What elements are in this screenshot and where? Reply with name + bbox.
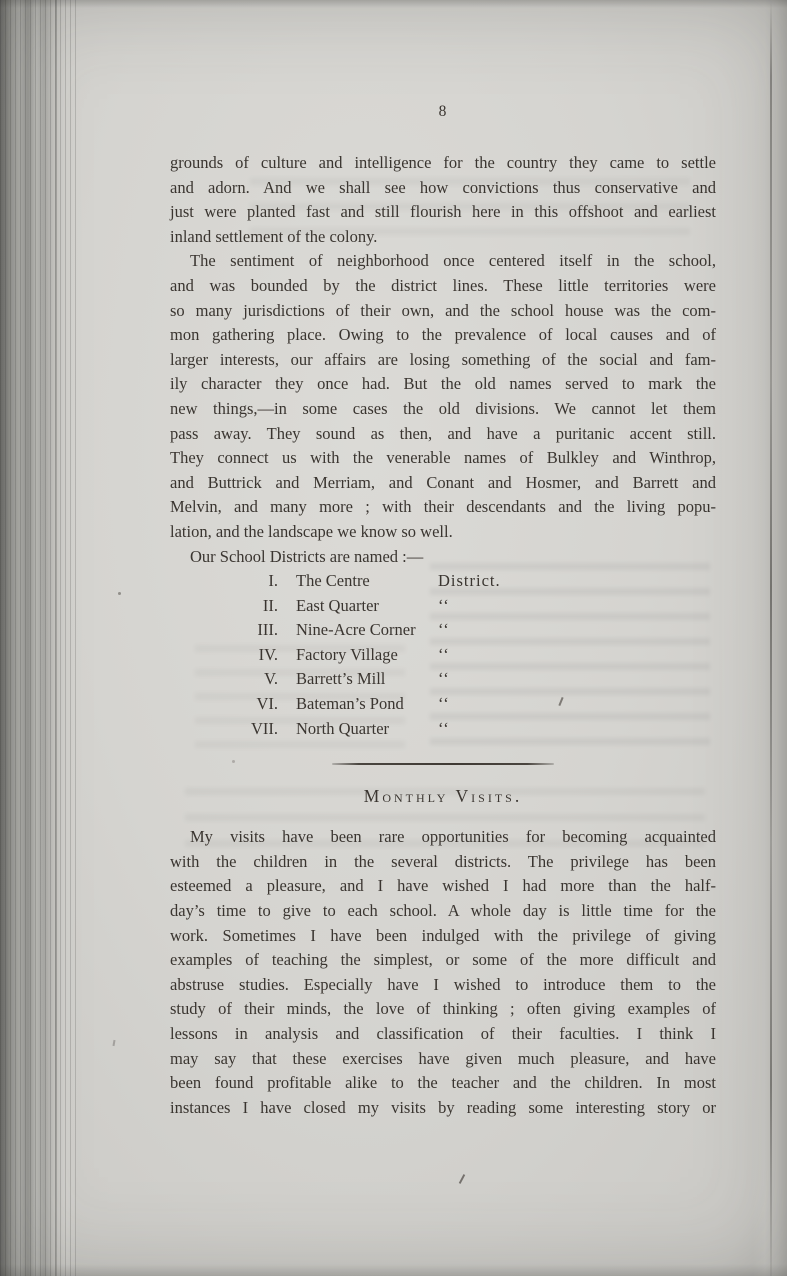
stray-ink-mark [459,1174,465,1184]
district-numeral: V. [170,667,278,692]
district-name: Nine-Acre Corner [296,618,428,643]
district-label: District. [438,569,501,594]
stray-ink-mark [112,1040,115,1046]
district-row: IV. Factory Village ‘‘ [170,643,716,668]
district-numeral: III. [170,618,278,643]
page-number: 8 [170,103,716,121]
text-line: mon gathering place. Owing to the preval… [170,323,716,348]
district-name: Bateman’s Pond [296,692,428,717]
text-line: They connect us with the venerable names… [170,446,716,471]
district-name: North Quarter [296,717,428,742]
text-line: lation, and the landscape we know so wel… [170,520,716,545]
text-line: just were planted fast and still flouris… [170,200,716,225]
text-line: with the children in the several distric… [170,850,716,875]
text-line: new things,—in some cases the old divisi… [170,397,716,422]
text-line: and Buttrick and Merriam, and Conant and… [170,471,716,496]
text-line: inland settlement of the colony. [170,225,716,250]
ditto-mark: ‘‘ [438,594,450,619]
text-line: examples of teaching the simplest, or so… [170,948,716,973]
text-line: abstruse studies. Especially have I wish… [170,973,716,998]
paragraph-1: grounds of culture and intelligence for … [170,151,716,249]
ditto-mark: ‘‘ [438,667,450,692]
school-districts-list: I. The Centre District. II. East Quarter… [170,569,716,741]
binding-crease-line [55,0,57,1276]
district-row: V. Barrett’s Mill ‘‘ [170,667,716,692]
ditto-mark: ‘‘ [438,618,450,643]
text-line: The sentiment of neighborhood once cente… [170,249,716,274]
district-row: VI. Bateman’s Pond ‘‘ [170,692,716,717]
district-name: Barrett’s Mill [296,667,428,692]
text-line: ily character they once had. But the old… [170,372,716,397]
text-line: and adorn. And we shall see how convicti… [170,176,716,201]
district-numeral: II. [170,594,278,619]
paragraph-3: My visits have been rare opportunities f… [170,825,716,1120]
ditto-mark: ‘‘ [438,717,450,742]
text-line: lessons in analysis and classification o… [170,1022,716,1047]
district-name: The Centre [296,569,428,594]
text-line: day’s time to give to each school. A who… [170,899,716,924]
district-row: VII. North Quarter ‘‘ [170,717,716,742]
ditto-mark: ‘‘ [438,643,450,668]
district-numeral: IV. [170,643,278,668]
text-line: grounds of culture and intelligence for … [170,151,716,176]
text-line: esteemed a pleasure, and I have wished I… [170,874,716,899]
text-line: instances I have closed my visits by rea… [170,1096,716,1121]
district-name: East Quarter [296,594,428,619]
districts-intro-line: Our School Districts are named :— [170,545,716,570]
page-top-edge-shadow [0,0,787,8]
text-line: work. Sometimes I have been indulged wit… [170,924,716,949]
scanned-book-page: 8 grounds of culture and intelligence fo… [0,0,787,1276]
page-bottom-edge-shadow [0,1264,787,1276]
district-numeral: VI. [170,692,278,717]
district-numeral: I. [170,569,278,594]
district-row: I. The Centre District. [170,569,716,594]
page-right-crease-line [770,0,772,1276]
text-line: may say that these exercises have given … [170,1047,716,1072]
stray-ink-speck [232,760,235,763]
text-line: study of their minds, the love of thinki… [170,997,716,1022]
text-line: larger interests, our affairs are losing… [170,348,716,373]
text-line: so many jurisdictions of their own, and … [170,299,716,324]
district-row: II. East Quarter ‘‘ [170,594,716,619]
page-text-block: grounds of culture and intelligence for … [170,151,716,1120]
section-divider-rule [332,763,554,765]
paragraph-2: The sentiment of neighborhood once cente… [170,249,716,544]
district-name: Factory Village [296,643,428,668]
ditto-mark: ‘‘ [438,692,450,717]
stray-ink-speck [118,592,121,595]
text-line: been found profitable alike to the teach… [170,1071,716,1096]
section-heading: Monthly Visits. [170,784,716,808]
text-line: pass away. They sound as then, and have … [170,422,716,447]
text-line: and was bounded by the district lines. T… [170,274,716,299]
book-binding-edge [0,0,78,1276]
district-row: III. Nine-Acre Corner ‘‘ [170,618,716,643]
text-line: Melvin, and many more ; with their desce… [170,495,716,520]
text-line: My visits have been rare opportunities f… [170,825,716,850]
district-numeral: VII. [170,717,278,742]
